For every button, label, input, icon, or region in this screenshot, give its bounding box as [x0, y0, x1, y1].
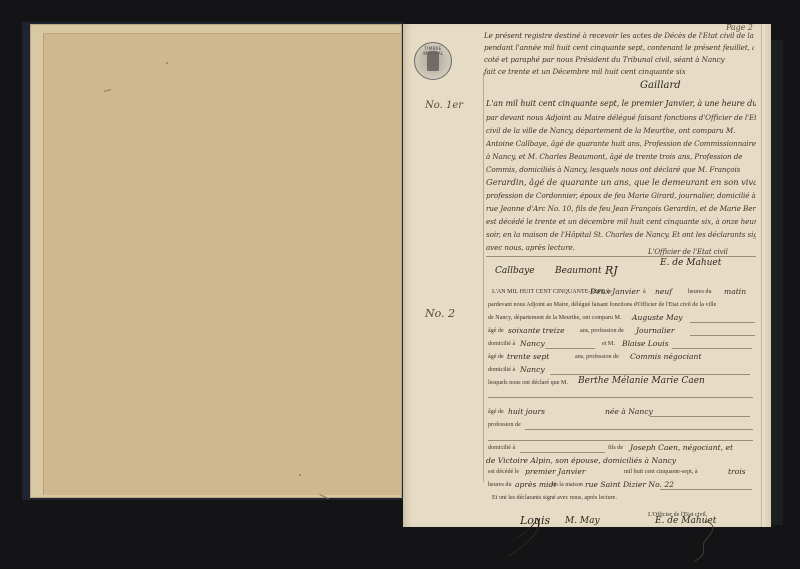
- printed-text: heures du: [688, 286, 712, 300]
- hw-declarant-2-profession: Commis négociant: [630, 350, 702, 364]
- tax-stamp-seal: TIMBRE IMPERIAL: [414, 42, 452, 80]
- printed-text: âgé de: [488, 351, 504, 365]
- seated-figure-icon: [427, 51, 439, 71]
- record-1-line: par devant nous Adjoint au Maire délégué…: [486, 112, 756, 124]
- hw-declarant-1: Auguste May: [632, 311, 683, 325]
- signature-initials: RJ: [605, 264, 618, 277]
- fill-line: [520, 452, 605, 453]
- record-1-line: Commis, domiciliés à Nancy, lesquels nou…: [486, 164, 756, 176]
- hw-declarant-1-domicile: Nancy: [520, 337, 545, 351]
- hw-death-period: après midi: [515, 478, 556, 492]
- hw-declarant-2-domicile: Nancy: [520, 363, 545, 377]
- signature-beaumont: Beaumont: [555, 266, 601, 276]
- hw-death-date: premier Janvier: [525, 465, 585, 479]
- fill-line: [672, 348, 752, 349]
- printed-text: ans, profession de: [580, 325, 624, 339]
- hw-date: Deux Janvier: [590, 285, 639, 299]
- hw-declarant-2: Blaise Louis: [622, 337, 669, 351]
- fill-line: [488, 397, 753, 398]
- printed-text: heures du: [488, 479, 512, 493]
- header-line: Le présent registre destiné à recevoir l…: [484, 30, 754, 42]
- hw-declarant-1-age: soixante treize: [508, 324, 565, 338]
- printed-text: Et ont les déclarants signé avec nous, a…: [492, 492, 617, 506]
- page-stack-edge: [761, 24, 771, 527]
- record-1-line: soir, en la maison de l'Hôpital St. Char…: [486, 229, 756, 241]
- signature-may: M. May: [565, 516, 600, 526]
- record-1-officer-label: L'Officier de l'Etat civil: [648, 246, 728, 258]
- record-1-line: rue Jeanne d'Arc No. 10, fils de feu Jea…: [486, 203, 756, 215]
- record-1-line: profession de Cordonnier, époux de feu M…: [486, 190, 756, 202]
- printed-text: et M.: [602, 338, 615, 352]
- signature-callbaye: Callbaye: [495, 266, 535, 276]
- fill-line: [525, 429, 753, 430]
- margin-rule: [483, 72, 484, 482]
- left-page-blank-leaf: [43, 33, 401, 495]
- record-1-number: No. 1er: [425, 100, 463, 111]
- fill-line: [690, 335, 755, 336]
- hw-deceased-birthplace: née à Nancy: [605, 405, 653, 419]
- printed-text: ans, profession de: [575, 351, 619, 365]
- hw-period: matin: [724, 285, 746, 299]
- hw-death-hour: trois: [728, 465, 746, 479]
- record-1-line: civil de la ville de Nancy, département …: [486, 125, 756, 137]
- record-2-number: No. 2: [425, 307, 455, 320]
- officer-flourish: [685, 515, 725, 565]
- header-line: fait ce trente et un Décembre mil huit c…: [484, 66, 744, 78]
- printed-text: profession de: [488, 419, 521, 433]
- printed-text: en la maison: [552, 479, 583, 493]
- fill-line: [660, 489, 752, 490]
- fill-line: [650, 416, 750, 417]
- record-1-line: Gerardin, âgé de quarante un ans, que le…: [486, 177, 756, 189]
- hw-hour: neuf: [655, 285, 672, 299]
- hw-parents-1: Joseph Caen, négociant, et: [630, 441, 733, 455]
- signature-flourish: [505, 510, 545, 560]
- printed-text: lesquels nous ont déclaré que M.: [488, 377, 568, 391]
- hw-deceased-age: huit jours: [508, 405, 545, 419]
- right-cover-board: [771, 40, 783, 525]
- record-1-line: Antoine Callbaye, âgé de quarante huit a…: [486, 138, 756, 150]
- president-signature: Gaillard: [640, 80, 681, 91]
- hw-declarant-2-age: trente sept: [507, 350, 549, 364]
- printed-text: à: [643, 286, 646, 300]
- paper-speck: [104, 89, 111, 92]
- header-line: pendant l'année mil huit cent cinquante …: [484, 42, 754, 54]
- record-1-line: à Nancy, et M. Charles Beaumont, âgé de …: [486, 151, 756, 163]
- paper-speck: [299, 474, 301, 476]
- left-page: [30, 24, 402, 498]
- fill-line: [545, 348, 595, 349]
- printed-text: âgé de: [488, 325, 504, 339]
- record-1-officer-signature: E. de Mahuet: [660, 258, 721, 268]
- fill-line: [690, 322, 755, 323]
- record-1-line: L'an mil huit cent cinquante sept, le pr…: [486, 98, 756, 110]
- hw-deceased-name: Berthe Mélanie Marie Caen: [578, 375, 705, 389]
- printed-text: âgé de: [488, 406, 504, 420]
- record-1-line: est décédé le trente et un décembre mil …: [486, 216, 756, 228]
- printed-text: domicilié à: [488, 364, 515, 378]
- record-1-line: avec nous, après lecture.: [486, 242, 606, 254]
- hw-declarant-1-profession: Journalier: [636, 324, 675, 338]
- paper-speck: [166, 62, 168, 64]
- header-line: coté et paraphé par nous Président du Tr…: [484, 54, 754, 66]
